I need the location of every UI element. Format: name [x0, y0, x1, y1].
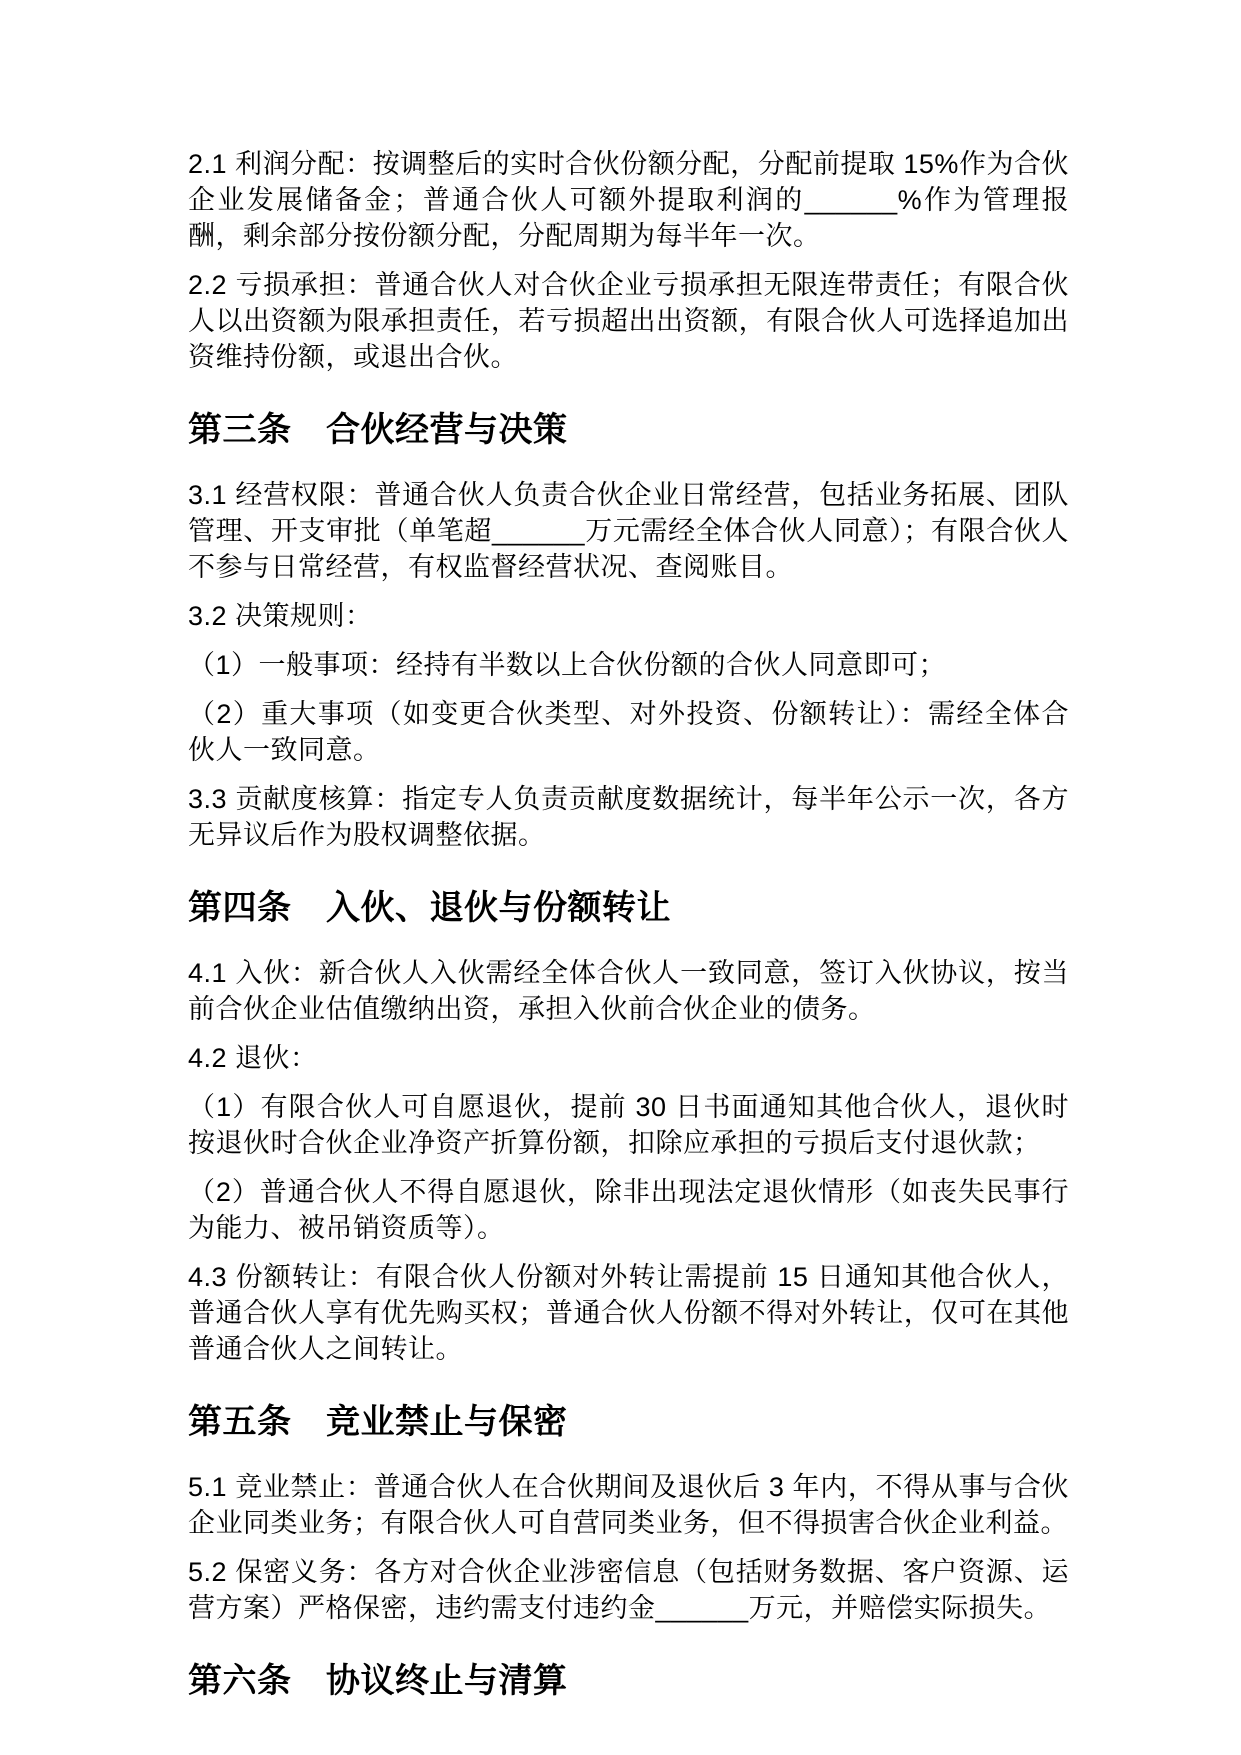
clause-3-2-item-1: （1）一般事项：经持有半数以上合伙份额的合伙人同意即可；: [188, 647, 1069, 683]
clause-3-1: 3.1 经营权限：普通合伙人负责合伙企业日常经营，包括业务拓展、团队管理、开支审…: [188, 477, 1069, 585]
clause-3-2-item-2: （2）重大事项（如变更合伙类型、对外投资、份额转让）：需经全体合伙人一致同意。: [188, 696, 1069, 768]
clause-4-2-item-1: （1）有限合伙人可自愿退伙，提前 30 日书面通知其他合伙人，退伙时按退伙时合伙…: [188, 1089, 1069, 1161]
heading-article-5: 第五条 竞业禁止与保密: [188, 1400, 1069, 1444]
clause-5-1: 5.1 竞业禁止：普通合伙人在合伙期间及退伙后 3 年内，不得从事与合伙企业同类…: [188, 1469, 1069, 1541]
heading-article-4: 第四条 入伙、退伙与份额转让: [188, 886, 1069, 930]
clause-3-2: 3.2 决策规则：: [188, 598, 1069, 634]
heading-article-3: 第三条 合伙经营与决策: [188, 408, 1069, 452]
clause-5-2: 5.2 保密义务：各方对合伙企业涉密信息（包括财务数据、客户资源、运营方案）严格…: [188, 1554, 1069, 1626]
clause-3-3: 3.3 贡献度核算：指定专人负责贡献度数据统计，每半年公示一次，各方无异议后作为…: [188, 781, 1069, 853]
clause-4-2: 4.2 退伙：: [188, 1040, 1069, 1076]
document-page: 2.1 利润分配：按调整后的实时合伙份额分配，分配前提取 15%作为合伙企业发展…: [0, 0, 1241, 1755]
clause-4-2-item-2: （2）普通合伙人不得自愿退伙，除非出现法定退伙情形（如丧失民事行为能力、被吊销资…: [188, 1174, 1069, 1246]
heading-article-6: 第六条 协议终止与清算: [188, 1659, 1069, 1703]
clause-2-2: 2.2 亏损承担：普通合伙人对合伙企业亏损承担无限连带责任；有限合伙人以出资额为…: [188, 267, 1069, 375]
clause-4-3: 4.3 份额转让：有限合伙人份额对外转让需提前 15 日通知其他合伙人，普通合伙…: [188, 1259, 1069, 1367]
clause-4-1: 4.1 入伙：新合伙人入伙需经全体合伙人一致同意，签订入伙协议，按当前合伙企业估…: [188, 955, 1069, 1027]
clause-2-1: 2.1 利润分配：按调整后的实时合伙份额分配，分配前提取 15%作为合伙企业发展…: [188, 146, 1069, 254]
